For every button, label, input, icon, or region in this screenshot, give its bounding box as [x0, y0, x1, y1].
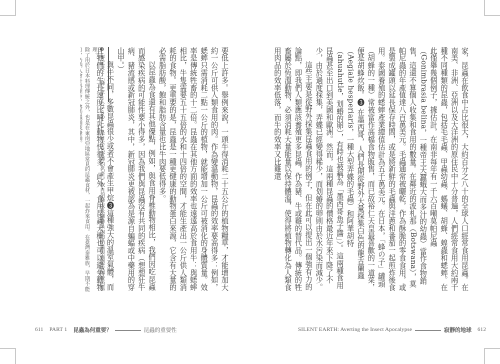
paragraph: 以昆蟲為食還有其他優點，例如，與食用脊椎動物相比，我們因吃昆蟲而感染疾病的可能性…	[116, 47, 158, 292]
right-page-body: 家，昆蟲在飲食中占比很大，大約百分之八十的全球人口經常食用昆蟲。在南美、非洲、亞…	[255, 47, 470, 292]
crop-mark-top-left	[0, 0, 16, 16]
section-title: 昆蟲的重要性	[144, 326, 177, 334]
footnote-text: 除了用於日本料理傳統之外，也是在東南亞地區常見的昆蟲食材，一起炸來食用。在臺灣泰…	[80, 47, 90, 292]
book-title-chinese: 寂靜的地球	[444, 326, 472, 334]
paragraph: 家，昆蟲在飲食中占比很大，大約百分之八十的全球人口經常食用昆蟲。在南美、非洲、亞…	[314, 47, 470, 292]
book-spread: 要低上許多。舉例來說，一頭牛得消耗二十五公斤的植物糧草，才能增加大約一公斤可供人…	[0, 0, 500, 364]
paragraph: 要低上許多。舉例來說，一頭牛得消耗二十五公斤的植物糧草，才能增加大約一公斤可供人…	[157, 47, 230, 292]
footnote-text: ❸ 審定註：「蜂之子」（はちのこ）是日本長野縣的名產，取自胡蜂或長腳蜂巢內的幼蟲…	[90, 47, 105, 292]
footer-rule	[115, 330, 141, 331]
crop-mark-bottom-right	[484, 348, 500, 364]
page-number: 611	[35, 327, 43, 333]
footnote-divider	[108, 47, 109, 102]
part-label: PART 1	[49, 327, 67, 333]
left-page-body: 要低上許多。舉例來說，一頭牛得消耗二十五公斤的植物糧草，才能增加大約一公斤可供人…	[95, 47, 230, 292]
crop-mark-top-right	[484, 0, 500, 16]
footnote: ❸ 審定註：「蜂之子」（はちのこ）是日本長野縣的名產，取自胡蜂或長腳蜂巢內的幼蟲…	[80, 47, 105, 292]
left-running-footer: 611 PART 1 昆蟲為何重要？ 昆蟲的重要性	[35, 326, 177, 334]
page-number: 612	[478, 327, 487, 333]
right-page: 家，昆蟲在飲食中占比很大，大約百分之八十的全球人口經常食用昆蟲。在南美、非洲、亞…	[250, 47, 490, 297]
left-page: 要低上許多。舉例來說，一頭牛得消耗二十五公斤的植物糧草，才能增加大約一公斤可供人…	[40, 47, 250, 297]
crop-mark-bottom-left	[0, 348, 16, 364]
book-title-english: SILENT EARTH: Averting the Insect Apocal…	[298, 327, 412, 333]
right-running-footer: SILENT EARTH: Averting the Insect Apocal…	[298, 326, 486, 334]
paragraph: 這些主要是從野外採集昆蟲食用的例子，但在此可以提出一個強有力的論點，即我們人類應…	[272, 47, 314, 292]
footer-rule	[415, 330, 441, 331]
part-title: 昆蟲為何重要？	[73, 326, 112, 334]
